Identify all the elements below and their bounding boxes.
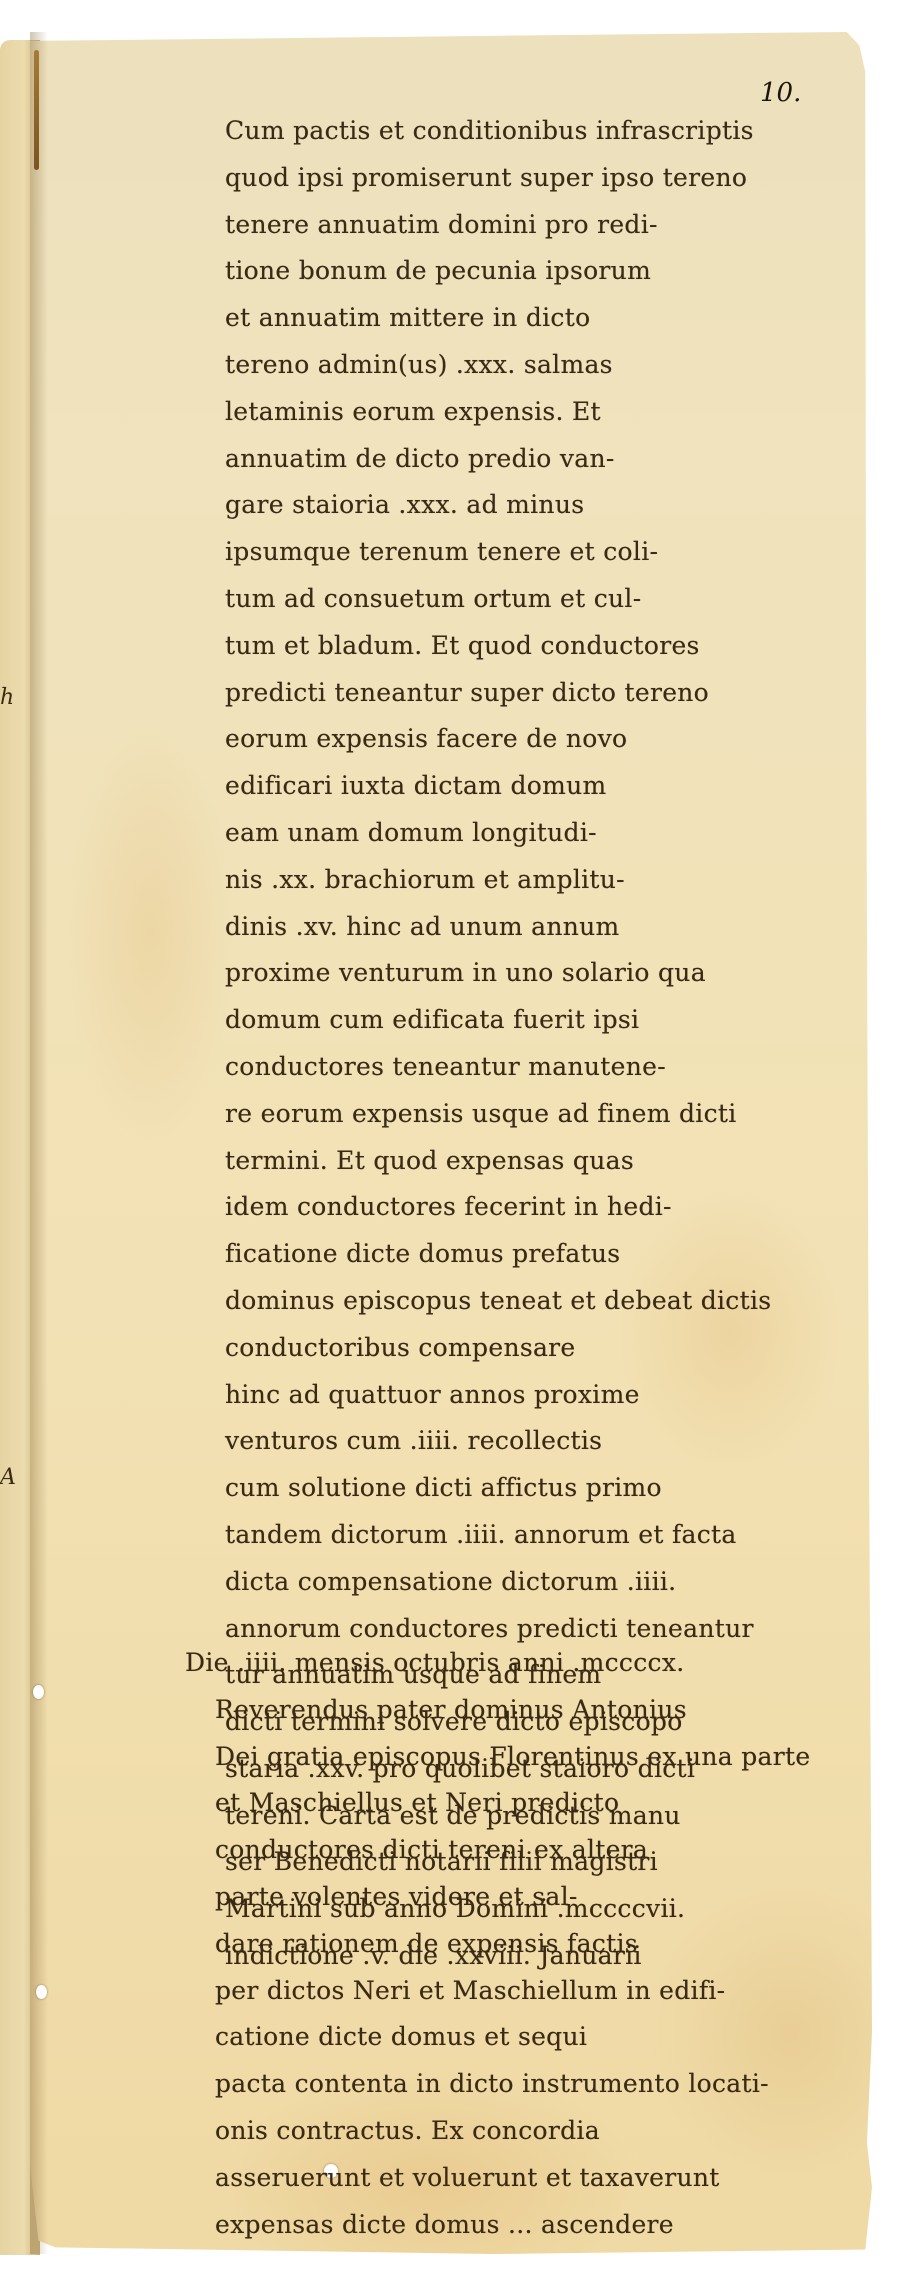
text-line: gare staioria .xxx. ad minus xyxy=(225,482,725,529)
text-line: re eorum expensis usque ad finem dicti xyxy=(225,1091,725,1138)
text-line: conductores dicti tereni ex altera xyxy=(215,1827,715,1874)
text-line: Die .iiii. mensis octubris anni .mccccx. xyxy=(185,1640,715,1687)
text-line: dominus episcopus teneat et debeat dicti… xyxy=(225,1278,725,1325)
text-line: Cum pactis et conditionibus infrascripti… xyxy=(225,108,725,155)
text-line: tereno admin(us) .xxx. salmas xyxy=(225,342,725,389)
text-line: eam unam domum longitudi- xyxy=(225,810,725,857)
entry-expense-settlement: Die .iiii. mensis octubris anni .mccccx.… xyxy=(215,1640,715,2248)
previous-leaf-mark: A xyxy=(0,1465,16,1490)
text-line: per dictos Neri et Maschiellum in edifi- xyxy=(215,1968,715,2015)
text-line: proxime venturum in uno solario qua xyxy=(225,950,725,997)
text-line: conductoribus compensare xyxy=(225,1325,725,1372)
text-line: annuatim de dicto predio van- xyxy=(225,436,725,483)
text-line: pacta contenta in dicto instrumento loca… xyxy=(215,2061,715,2108)
text-line: et Maschiellus et Neri predicto xyxy=(215,1780,715,1827)
text-line: catione dicte domus et sequi xyxy=(215,2014,715,2061)
text-line: conductores teneantur manutene- xyxy=(225,1044,725,1091)
previous-leaf-mark: h xyxy=(0,685,14,710)
text-line: tandem dictorum .iiii. annorum et facta xyxy=(225,1512,725,1559)
text-line: nis .xx. brachiorum et amplitu- xyxy=(225,857,725,904)
text-line: cum solutione dicti affictus primo xyxy=(225,1465,725,1512)
text-line: domum cum edificata fuerit ipsi xyxy=(225,997,725,1044)
binding-thread xyxy=(34,50,39,170)
text-line: hinc ad quattuor annos proxime xyxy=(225,1372,725,1419)
text-line: dicta compensatione dictorum .iiii. xyxy=(225,1559,725,1606)
text-line: et annuatim mittere in dicto xyxy=(225,295,725,342)
text-line: ipsumque terenum tenere et coli- xyxy=(225,529,725,576)
text-line: dinis .xv. hinc ad unum annum xyxy=(225,904,725,951)
text-line: onis contractus. Ex concordia xyxy=(215,2108,715,2155)
text-line: predicti teneantur super dicto tereno xyxy=(225,670,725,717)
text-line: expensas dicte domus ... ascendere xyxy=(215,2202,715,2249)
text-line: letaminis eorum expensis. Et xyxy=(225,389,725,436)
binding-hole xyxy=(36,1985,47,1999)
text-line: tum ad consuetum ortum et cul- xyxy=(225,576,725,623)
text-line: termini. Et quod expensas quas xyxy=(225,1138,725,1185)
text-line: asseruerunt et voluerunt et taxaverunt xyxy=(215,2155,715,2202)
text-line: tum et bladum. Et quod conductores xyxy=(225,623,725,670)
text-line: eorum expensis facere de novo xyxy=(225,716,725,763)
text-line: tenere annuatim domini pro redi- xyxy=(225,202,725,249)
text-line: quod ipsi promiserunt super ipso tereno xyxy=(225,155,725,202)
text-line: tione bonum de pecunia ipsorum xyxy=(225,248,725,295)
text-line: Reverendus pater dominus Antonius xyxy=(215,1687,715,1734)
text-line: parte volentes videre et sal- xyxy=(215,1874,715,1921)
binding-hole xyxy=(33,1685,44,1699)
text-line: idem conductores fecerint in hedi- xyxy=(225,1184,725,1231)
binding-gutter xyxy=(30,32,48,2254)
text-line: Dei gratia episcopus Florentinus ex una … xyxy=(215,1734,715,1781)
text-line: edificari iuxta dictam domum xyxy=(225,763,725,810)
text-line: dare rationem de expensis factis xyxy=(215,1921,715,1968)
text-line: venturos cum .iiii. recollectis xyxy=(225,1418,725,1465)
folio-number: 10. xyxy=(760,78,801,108)
text-line: ficatione dicte domus prefatus xyxy=(225,1231,725,1278)
